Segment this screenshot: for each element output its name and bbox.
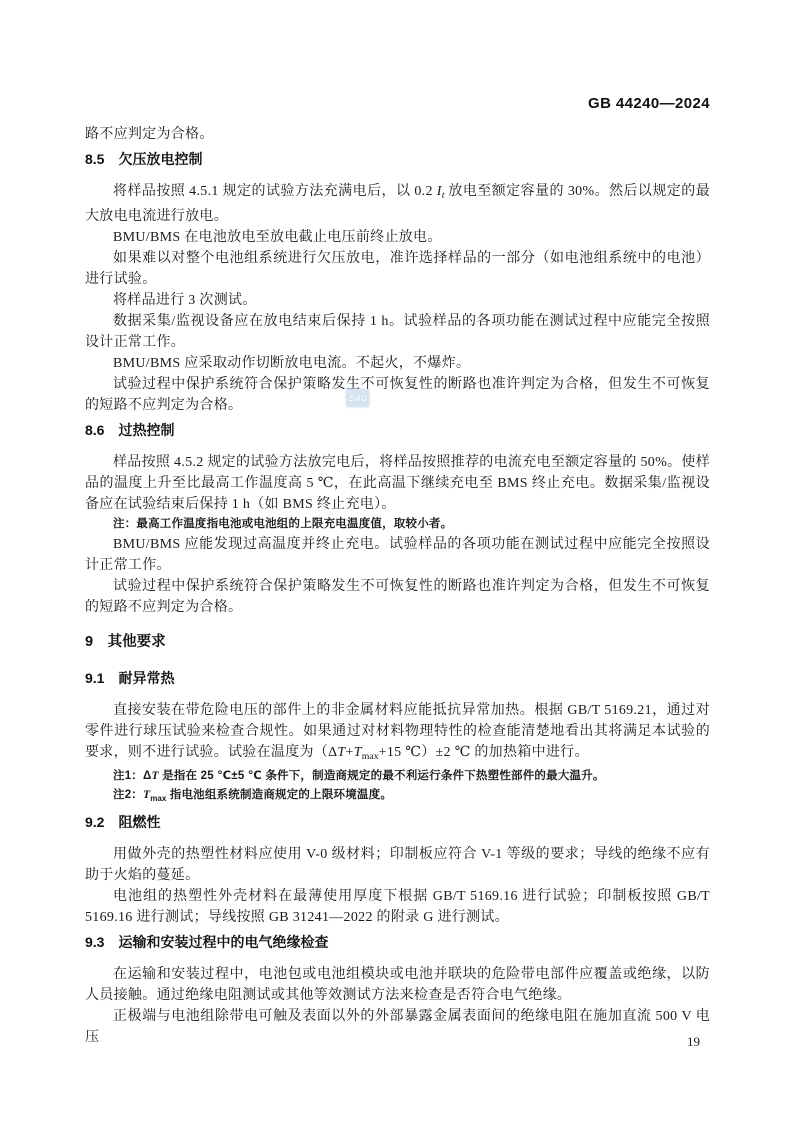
section-heading: 9.2阻燃性 xyxy=(85,812,710,832)
section-number: 9.2 xyxy=(85,814,104,830)
document-page: GB 44240—2024 路不应判定为合格。8.5欠压放电控制将样品按照 4.… xyxy=(0,0,794,1123)
section-heading: 9.3运输和安装过程中的电气绝缘检查 xyxy=(85,932,710,952)
paragraph: 路不应判定为合格。 xyxy=(85,124,710,145)
section-title: 运输和安装过程中的电气绝缘检查 xyxy=(118,934,328,950)
paragraph: 将样品进行 3 次测试。 xyxy=(85,290,710,311)
section-number: 9.3 xyxy=(85,934,104,950)
section-title: 欠压放电控制 xyxy=(118,151,202,167)
paragraph: 直接安装在带危险电压的部件上的非金属材料应能抵抗异常加热。根据 GB/T 516… xyxy=(85,700,710,767)
paragraph: 试验过程中保护系统符合保护策略发生不可恢复性的断路也准许判定为合格，但发生不可恢… xyxy=(85,374,710,416)
running-header: GB 44240—2024 xyxy=(85,96,710,111)
sac-watermark-logo: SAC xyxy=(346,389,369,407)
section-heading: 9.1耐异常热 xyxy=(85,668,710,688)
paragraph: 数据采集/监视设备应在放电结束后保持 1 h。试验样品的各项功能在测试过程中应能… xyxy=(85,311,710,353)
section-number: 9 xyxy=(85,634,93,650)
paragraph: 用做外壳的热塑性材料应使用 V-0 级材料；印制板应符合 V-1 等级的要求；导… xyxy=(85,844,710,886)
paragraph: BMU/BMS 在电池放电至放电截止电压前终止放电。 xyxy=(85,227,710,248)
paragraph: 正极端与电池组除带电可触及表面以外的外部暴露金属表面间的绝缘电阻在施加直流 50… xyxy=(85,1006,710,1048)
paragraph: BMU/BMS 应能发现过高温度并终止充电。试验样品的各项功能在测试过程中应能完… xyxy=(85,534,710,576)
section-number: 8.6 xyxy=(85,422,104,438)
section-title: 耐异常热 xyxy=(118,670,174,686)
page-number: 19 xyxy=(687,1034,700,1050)
document-content: 路不应判定为合格。8.5欠压放电控制将样品按照 4.5.1 规定的试验方法充满电… xyxy=(85,124,710,1048)
paragraph: 将样品按照 4.5.1 规定的试验方法充满电后，以 0.2 It 放电至额定容量… xyxy=(85,181,710,227)
section-heading: 9其他要求 xyxy=(85,632,710,652)
paragraph: BMU/BMS 应采取动作切断放电电流。不起火，不爆炸。 xyxy=(85,353,710,374)
note-line: 注：最高工作温度指电池或电池组的上限充电温度值，取较小者。 xyxy=(85,515,710,534)
section-title: 过热控制 xyxy=(118,422,174,438)
section-number: 8.5 xyxy=(85,151,104,167)
standard-number: GB 44240—2024 xyxy=(588,95,710,112)
section-heading: 8.6过热控制 xyxy=(85,420,710,440)
note-line: 注2：Tmax 指电池组系统制造商规定的上限环境温度。 xyxy=(85,786,710,808)
paragraph: 样品按照 4.5.2 规定的试验方法放完电后，将样品按照推荐的电流充电至额定容量… xyxy=(85,452,710,515)
paragraph: 试验过程中保护系统符合保护策略发生不可恢复性的断路也准许判定为合格，但发生不可恢… xyxy=(85,576,710,618)
paragraph: 如果难以对整个电池组系统进行欠压放电，准许选择样品的一部分（如电池组系统中的电池… xyxy=(85,248,710,290)
paragraph: 在运输和安装过程中，电池包或电池组模块或电池并联块的危险带电部件应覆盖或绝缘，以… xyxy=(85,964,710,1006)
section-title: 阻燃性 xyxy=(118,814,160,830)
section-heading: 8.5欠压放电控制 xyxy=(85,149,710,169)
note-line: 注1：ΔT 是指在 25 ℃±5 ℃ 条件下，制造商规定的最不利运行条件下热塑性… xyxy=(85,767,710,786)
section-title: 其他要求 xyxy=(108,634,166,650)
paragraph: 电池组的热塑性外壳材料在最薄使用厚度下根据 GB/T 5169.16 进行试验；… xyxy=(85,886,710,928)
sac-watermark-text: SAC xyxy=(348,393,367,403)
section-number: 9.1 xyxy=(85,670,104,686)
